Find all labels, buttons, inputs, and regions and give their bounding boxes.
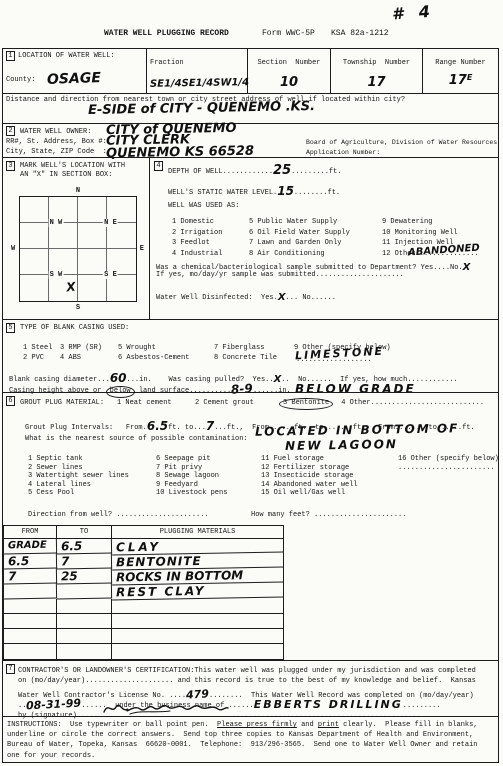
compass-w: W [10, 245, 16, 253]
section-grid-cell [20, 197, 49, 223]
compass-e: E [139, 245, 145, 253]
casing-option: 3 RMP (SR) [60, 344, 118, 353]
table-cell-from: 6.5 [4, 554, 57, 570]
section-3-mark-location: 3 MARK WELL'S LOCATION WITH AN "X" IN SE… [3, 158, 150, 319]
range-number-digits: 17 [449, 73, 467, 88]
table-cell-from: GRADE [4, 539, 57, 555]
table-row: REST CLAY [4, 584, 283, 599]
casing-other-dots: .................. [296, 356, 372, 365]
depth-value: 25 [273, 163, 291, 178]
interval-to-value: 7 [206, 419, 214, 433]
section-1-location: 1 LOCATION OF WATER WELL: County: OSAGE … [2, 48, 499, 94]
section-1-number: 1 [6, 51, 15, 61]
range-direction-letter: E [467, 73, 472, 82]
township-number-value: 17 [334, 75, 419, 90]
section-2-owner: 2 WATER WELL OWNER: CITY of QUENEMO RR#,… [2, 123, 499, 158]
table-row: GRADE 6.5 CLAY [4, 539, 283, 554]
township-number-label: Township Number [343, 59, 410, 67]
casing-option: 8 Concrete Tile [214, 354, 277, 363]
board-of-agriculture-label: Board of Agriculture, Division of Water … [306, 138, 497, 147]
instructions-box: INSTRUCTIONS: Use typewriter or ball poi… [2, 716, 499, 763]
table-cell-from [4, 614, 57, 629]
interval-from-label: From. [126, 424, 147, 433]
usage-list: 1 Domestic 5 Public Water Supply 9 Dewat… [172, 218, 479, 260]
compass-nw: N W [49, 219, 64, 227]
usage-item-other: 12 Other...............ABANDONED [382, 250, 479, 259]
depth-label: DEPTH OF WELL............ [168, 168, 273, 177]
section-4-number: 4 [154, 161, 163, 171]
press-firmly-underlined: Please press firmly [217, 721, 297, 729]
instructions-text: and [297, 721, 318, 729]
signature-scrawl [100, 699, 230, 717]
form-title: WATER WELL PLUGGING RECORD [104, 29, 229, 38]
section-grid-cell [20, 249, 49, 275]
table-cell-material [112, 614, 283, 629]
section-3-number: 3 [6, 161, 15, 171]
table-cell-to [57, 644, 112, 659]
mark-location-label-2: AN "X" IN SECTION BOX: [20, 171, 112, 180]
usage-item: 4 Industrial [172, 250, 249, 259]
casing-option: 2 PVC [23, 354, 60, 363]
casing-option: 7 Fiberglass [214, 344, 294, 353]
how-many-feet-label: How many feet? ...................... [251, 511, 406, 520]
table-cell-to [57, 584, 112, 600]
table-cell-material [112, 629, 283, 644]
section-7-certification: 7 CONTRACTOR'S OR LANDOWNER'S CERTIFICAT… [2, 660, 499, 717]
compass-sw: S W [49, 271, 64, 279]
range-number-value: 17E [426, 73, 495, 88]
depth-units: .........ft. [291, 168, 341, 177]
table-row [4, 614, 283, 629]
table-cell-material [112, 599, 283, 614]
sample-if-yes-label: If yes, mo/day/yr sample was submitted..… [156, 271, 404, 280]
section-6-number: 6 [6, 396, 15, 406]
contamination-note-line-1: LOCATED IN BOTTOM OF [255, 421, 460, 439]
table-header-to: TO [57, 526, 112, 539]
well-location-x-mark: X [66, 280, 77, 295]
table-row: 7 25 ROCKS IN BOTTOM [4, 569, 283, 584]
usage-item: 3 Feedlot [172, 239, 249, 248]
range-number-label: Range Number [435, 59, 485, 67]
section-grid-cell [20, 275, 49, 301]
city-state-zip-label: City, State, ZIP Code : [6, 148, 107, 157]
usage-item: 9 Dewatering [382, 218, 432, 227]
compass-n: N [75, 187, 81, 195]
table-cell-from [4, 629, 57, 644]
casing-option: 5 Wrought [118, 344, 214, 353]
table-row: 6.5 7 BENTONITE [4, 554, 283, 569]
water-well-plugging-record-form: # 4 WATER WELL PLUGGING RECORD Form WWC-… [0, 0, 503, 766]
table-row [4, 599, 283, 614]
table-cell-to [57, 599, 112, 614]
static-level-units: ........ft. [294, 189, 340, 198]
table-cell-to: 6.5 [57, 539, 112, 555]
instructions-line-3: Bureau of Water, Topeka, Kansas 66620-00… [7, 740, 494, 750]
casing-option: 4 ABS [60, 354, 118, 363]
table-cell-from [4, 584, 57, 600]
instructions-line-2: underline or circle the correct answers.… [7, 730, 494, 740]
table-header-from: FROM [4, 526, 57, 539]
instructions-line-1: INSTRUCTIONS: Use typewriter or ball poi… [7, 720, 494, 730]
compass-s: S [75, 304, 81, 312]
handwritten-page-number: # 4 [391, 2, 435, 24]
table-cell-from [4, 599, 57, 614]
disinfected-label: Water Well Disinfected: Yes. [156, 294, 278, 303]
address-label: RR#, St. Address, Box #: [6, 138, 107, 147]
county-label: County: [6, 76, 35, 85]
contamination-note-line-2: NEW LAGOON [285, 437, 398, 453]
used-as-label: WELL WAS USED AS: [168, 202, 239, 211]
section-grid: N S W E N W N E S W S E X [19, 196, 137, 302]
usage-item: 2 Irrigation [172, 229, 249, 238]
instructions-text: clearly. Please fill in blanks, [339, 721, 478, 729]
section-4-depth-use: 4 DEPTH OF WELL............ 25 .........… [150, 158, 498, 319]
print-underlined: print [318, 721, 339, 729]
distance-value: E-SIDE of CITY - QUENEMO .KS. [88, 99, 315, 118]
table-row [4, 644, 283, 659]
table-row [4, 629, 283, 644]
grout-option-4: 4 Other........................... [341, 399, 484, 408]
compass-ne: N E [103, 219, 118, 227]
application-number-label: Application Number: [306, 148, 380, 157]
table-cell-to [57, 614, 112, 629]
usage-item: 7 Lawn and Garden Only [249, 239, 382, 248]
instructions-line-4: one for your records. [7, 751, 494, 761]
fraction-value: SE1/4SE1/4SW1/4 [150, 77, 244, 90]
source-item: 15 Oil well/Gas well [261, 489, 345, 498]
contamination-question: What is the nearest source of possible c… [25, 435, 248, 444]
location-label: LOCATION OF WATER WELL: [18, 52, 115, 61]
section-3-4-row: 3 MARK WELL'S LOCATION WITH AN "X" IN SE… [2, 157, 499, 320]
section-number-label: Section Number [257, 59, 320, 67]
table-cell-to [57, 629, 112, 644]
direction-from-well-label: Direction from well? ...................… [28, 511, 251, 520]
static-level-label: WELL'S STATIC WATER LEVEL. [168, 189, 277, 198]
source-item: 5 Cess Pool [28, 489, 156, 498]
sample-no-x-mark: X [463, 262, 471, 273]
disinfected-no-label: ... No...... [286, 294, 336, 303]
grout-option-3-circled: 3 Bentonite [279, 398, 333, 410]
section-grid-cell [20, 223, 49, 249]
table-cell-from: 7 [4, 569, 57, 585]
section-6-grout: 6 GROUT PLUG MATERIAL: 1 Neat cement 2 C… [2, 392, 499, 661]
county-value: OSAGE [47, 70, 101, 88]
section-7-number: 7 [6, 664, 15, 674]
table-header-row: FROM TO PLUGGING MATERIALS [4, 526, 283, 539]
table-cell-from [4, 644, 57, 659]
certification-line-2: on (mo/day/year)..................... an… [18, 677, 476, 686]
table-cell-to: 25 [57, 569, 112, 585]
statute-number: KSA 82a-1212 [331, 29, 389, 38]
mark-location-label-1: MARK WELL'S LOCATION WITH [20, 162, 125, 171]
owner-label: WATER WELL OWNER: [20, 128, 91, 137]
usage-item: 8 Air Conditioning [249, 250, 382, 259]
interval-from-value: 6.5 [147, 419, 168, 433]
usage-item: 10 Monitoring Well [382, 229, 458, 238]
distance-direction-row: Distance and direction from nearest town… [2, 93, 499, 124]
source-other-dots: ....................... [398, 464, 495, 473]
section-5-number: 5 [6, 323, 15, 333]
usage-item: 6 Oil Field Water Supply [249, 229, 382, 238]
section-5-casing: 5 TYPE OF BLANK CASING USED: 1 Steel 3 R… [2, 319, 499, 393]
table-cell-material [112, 644, 283, 659]
disinfected-yes-x-mark: X [278, 292, 286, 303]
grout-option-2: 2 Cement grout [195, 399, 279, 408]
usage-item: 5 Public Water Supply [249, 218, 382, 227]
grout-title: GROUT PLUG MATERIAL: [20, 399, 117, 408]
certification-line-1: CONTRACTOR'S OR LANDOWNER'S CERTIFICATIO… [18, 667, 476, 676]
compass-se: S E [103, 271, 118, 279]
table-cell-to: 7 [57, 554, 112, 570]
instructions-text: INSTRUCTIONS: Use typewriter or ball poi… [7, 721, 217, 729]
contamination-sources-list: 1 Septic tank 6 Seepage pit 11 Fuel stor… [28, 455, 499, 498]
form-number: Form WWC-5P [262, 29, 315, 38]
casing-option: 1 Steel [23, 344, 60, 353]
table-cell-material: REST CLAY [112, 583, 283, 601]
plugging-materials-table: FROM TO PLUGGING MATERIALS GRADE 6.5 CLA… [3, 525, 284, 660]
section-2-number: 2 [6, 126, 15, 136]
section-number-value: 10 [251, 75, 327, 90]
fraction-label: Fraction [150, 59, 184, 67]
static-level-value: 15 [277, 184, 294, 198]
casing-title: TYPE OF BLANK CASING USED: [20, 324, 129, 333]
interval-to-label: ft. to... [168, 424, 206, 433]
source-item: 10 Livestock pens [156, 489, 261, 498]
usage-item: 1 Domestic [172, 218, 249, 227]
grout-intervals-label: Grout Plug Intervals: [25, 424, 126, 433]
casing-option: 6 Asbestos-Cement [118, 354, 214, 363]
grout-option-1: 1 Neat cement [117, 399, 195, 408]
